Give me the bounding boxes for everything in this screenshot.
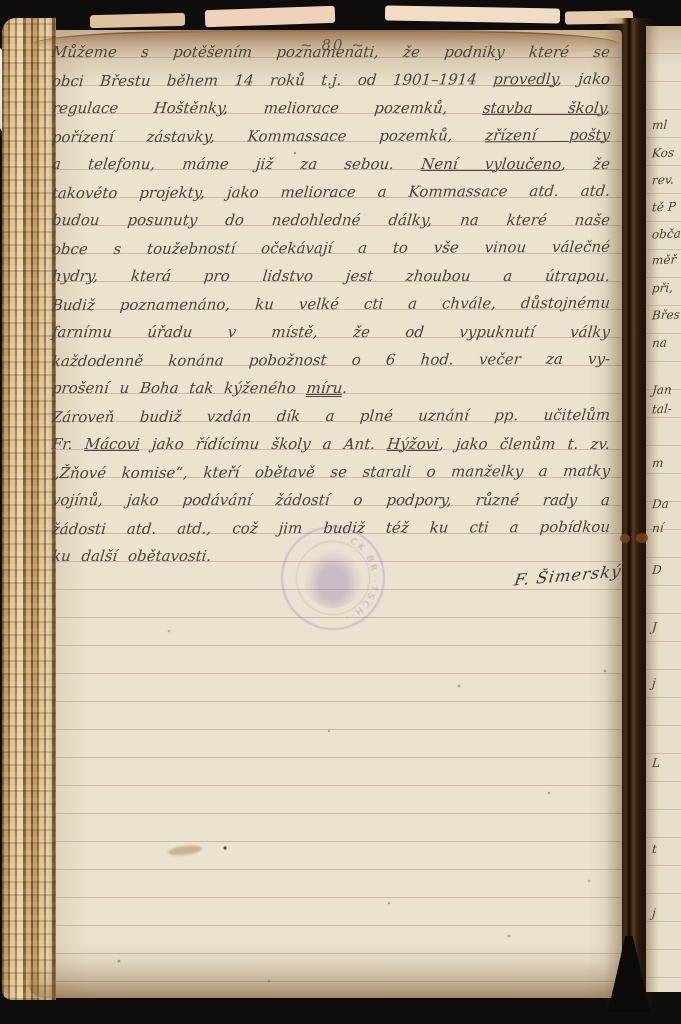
adjacent-page-word-fragment: rev.: [651, 173, 674, 188]
manuscript-text: Budiž poznamenáno, ku velké cti a chvále…: [51, 294, 611, 314]
manuscript-text: hydry, která pro lidstvo jest zhoubou a …: [51, 267, 611, 285]
manuscript-text: každodenně konána pobožnost o 6 hod. več…: [51, 350, 611, 370]
manuscript-text: , jako: [557, 70, 611, 88]
manuscript-line: obce s toužebností očekávají a to vše vi…: [51, 233, 612, 263]
rust-stain: [620, 534, 630, 543]
manuscript-text: budou posunuty do nedohledné dálky, na k…: [51, 211, 611, 229]
worn-page-edges: [2, 18, 56, 1000]
manuscript-line: farnímu úřadu v místě, že od vypuknutí v…: [51, 318, 612, 346]
ink-smudge-stain: [168, 844, 203, 857]
manuscript-line: Můžeme s potěšením poznamenati, že podni…: [51, 38, 612, 66]
manuscript-text: regulace Hoštěnky, meliorace pozemků,: [51, 99, 484, 117]
underlined-word: zřízení pošty: [485, 126, 611, 145]
manuscript-line: každodenně konána pobožnost o 6 hod. več…: [51, 345, 612, 375]
manuscript-text: takovéto projekty, jako meliorace a Komm…: [51, 182, 611, 202]
photograph-of-open-chronicle-book: ~ 80 ~ Můžeme s potěšením poznamenati, ž…: [0, 0, 681, 1024]
manuscript-line: vojínů, jako podávání žádostí o podpory,…: [51, 486, 612, 514]
underlined-word: stavba školy: [482, 99, 606, 117]
manuscript-text: Fr.: [51, 435, 86, 453]
manuscript-line: hydry, která pro lidstvo jest zhoubou a …: [51, 262, 612, 290]
manuscript-text: prošení u Boha tak kýženého: [51, 379, 308, 397]
manuscript-text: a telefonu, máme již za sebou.: [51, 155, 422, 173]
manuscript-text: vojínů, jako podávání žádostí o podpory,…: [51, 491, 611, 509]
adjacent-page-word-fragment: tal-: [651, 402, 672, 417]
manuscript-text: ku další obětavosti.: [51, 547, 212, 565]
underlined-word: Mácovi: [84, 435, 141, 453]
adjacent-page-word-fragment: při,: [651, 281, 673, 296]
adjacent-page-word-fragment: obča: [651, 227, 681, 242]
adjacent-page-word-fragment: Da: [651, 497, 669, 512]
manuscript-text: .: [342, 379, 349, 397]
underlined-word: provedly: [492, 70, 558, 88]
foxing-specks: [18, 20, 20, 22]
rust-stain: [636, 533, 648, 543]
manuscript-lines: Můžeme s potěšením poznamenati, že podni…: [52, 38, 610, 570]
manuscript-line: a telefonu, máme již za sebou. Není vylo…: [51, 150, 612, 178]
manuscript-line: obci Břestu během 14 roků t.j. od 1901–1…: [51, 65, 612, 95]
manuscript-text: Můžeme s potěšením poznamenati, že podni…: [51, 43, 611, 61]
torn-edge-piece: [90, 13, 185, 28]
manuscript-line: Fr. Mácovi jako řídícímu školy a Ant. Hý…: [51, 430, 612, 458]
underlined-word: míru: [306, 379, 344, 397]
manuscript-text: Zároveň budiž vzdán dík a plné uznání pp…: [51, 406, 611, 426]
manuscript-text: , jako členům t. zv.: [438, 435, 611, 453]
manuscript-text: farnímu úřadu v místě, že od vypuknutí v…: [51, 323, 611, 341]
adjacent-page-word-fragment: Břes: [651, 308, 680, 323]
adjacent-page-word-fragment: tě P: [651, 200, 676, 215]
manuscript-line: prošení u Boha tak kýženého míru.: [51, 374, 612, 402]
underlined-word: Není vyloučeno: [420, 155, 562, 173]
manuscript-line: regulace Hoštěnky, meliorace pozemků, st…: [51, 94, 612, 122]
manuscript-text: žádosti atd. atd., což jim budiž též ku …: [51, 518, 611, 538]
manuscript-text: jako řídícímu školy a Ant.: [139, 435, 388, 453]
manuscript-line: Zároveň budiž vzdán dík a plné uznání pp…: [51, 401, 612, 431]
adjacent-page-word-fragment: Jan: [651, 383, 672, 398]
torn-edge-piece: [385, 5, 560, 23]
manuscript-line: budou posunuty do nedohledné dálky, na k…: [51, 206, 612, 234]
adjacent-page-word-fragment: Kos: [651, 146, 674, 161]
manuscript-text: obci Břestu během 14 roků t.j. od 1901–1…: [51, 70, 494, 90]
underlined-word: Hýžovi: [386, 435, 440, 453]
manuscript-text: obce s toužebností očekávají a to vše vi…: [51, 238, 611, 258]
bottom-edge-grime: [28, 962, 622, 998]
manuscript-line: pořízení zástavky, Kommassace pozemků, z…: [51, 121, 612, 151]
adjacent-page-word-fragment: měř: [651, 253, 676, 268]
manuscript-line: žádosti atd. atd., což jim budiž též ku …: [51, 513, 612, 543]
torn-edge-piece: [205, 6, 336, 28]
manuscript-text: pořízení zástavky, Kommassace pozemků,: [51, 126, 486, 146]
binding-gap: [604, 18, 654, 1008]
manuscript-line: „Žňové komise“, kteří obětavě se starali…: [51, 457, 612, 487]
manuscript-page: ~ 80 ~ Můžeme s potěšením poznamenati, ž…: [28, 30, 622, 998]
manuscript-line: takovéto projekty, jako meliorace a Komm…: [51, 177, 612, 207]
manuscript-text: „Žňové komise“, kteří obětavě se starali…: [51, 462, 611, 482]
manuscript-line: Budiž poznamenáno, ku velké cti a chvále…: [51, 289, 612, 319]
manuscript-line: ku další obětavosti.: [51, 542, 612, 570]
